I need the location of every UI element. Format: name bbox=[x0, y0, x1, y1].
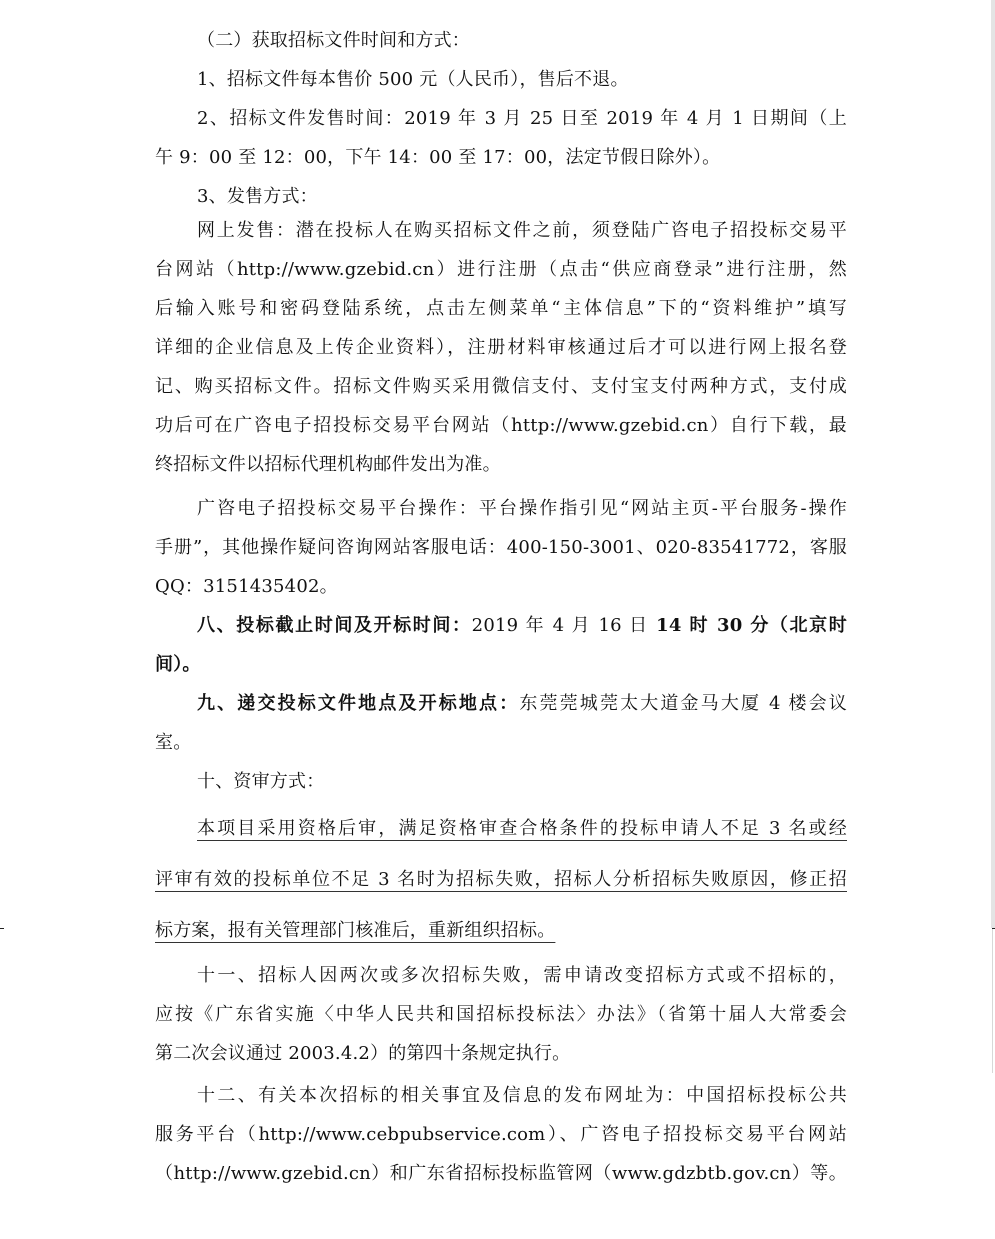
section-9-address-cont: 室。 bbox=[155, 732, 191, 754]
paragraph-online-sale: 终招标文件以招标代理机构邮件发出为准。 bbox=[155, 454, 501, 476]
paragraph-online-sale: 后输入账号和密码登陆系统，点击左侧菜单“主体信息”下的“资料维护”填写 bbox=[155, 298, 847, 320]
section-10-review-text: 标方案，报有关管理部门核准后，重新组织招标。 bbox=[155, 920, 555, 942]
section-8-deadline: 八、投标截止时间及开标时间：2019 年 4 月 16 日 14 时 30 分（… bbox=[197, 615, 847, 637]
paragraph-online-sale: 台网站（http://www.gzebid.cn）进行注册（点击“供应商登录”进… bbox=[155, 259, 847, 281]
paragraph-price: 1、招标文件每本售价 500 元（人民币），售后不退。 bbox=[197, 69, 629, 91]
paragraph-sale-time-cont: 午 9：00 至 12：00，下午 14：00 至 17：00，法定节假日除外）… bbox=[155, 147, 720, 169]
section-8-label: 八、投标截止时间及开标时间： bbox=[197, 615, 472, 636]
section-8-time-cont: 间）。 bbox=[155, 654, 201, 676]
paragraph-sale-method: 3、发售方式： bbox=[197, 186, 318, 208]
section-12-text: 十二、有关本次招标的相关事宜及信息的发布网址为：中国招标投标公共 bbox=[197, 1085, 847, 1107]
paragraph-online-sale: 网上发售：潜在投标人在购买招标文件之前，须登陆广咨电子招投标交易平 bbox=[197, 220, 847, 242]
paragraph-online-sale: 记、购买招标文件。招标文件购买采用微信支付、支付宝支付两种方式，支付成 bbox=[155, 376, 847, 398]
section-heading-obtain: （二）获取招标文件时间和方式： bbox=[197, 30, 470, 52]
page-edge-shadow bbox=[991, 0, 995, 928]
paragraph-platform-operation: QQ：3151435402。 bbox=[155, 576, 338, 598]
paragraph-platform-operation: 广咨电子招投标交易平台操作：平台操作指引见“网站主页-平台服务-操作 bbox=[197, 498, 847, 520]
paragraph-sale-time: 2、招标文件发售时间：2019 年 3 月 25 日至 2019 年 4 月 1… bbox=[197, 108, 847, 130]
section-8-time: 14 时 30 分（北京时 bbox=[656, 615, 847, 636]
section-11-text: 第二次会议通过 2003.4.2）的第四十条规定执行。 bbox=[155, 1043, 570, 1065]
section-10-heading: 十、资审方式： bbox=[197, 771, 324, 793]
section-8-date: 2019 年 4 月 16 日 bbox=[472, 615, 649, 636]
section-9-label: 九、递交投标文件地点及开标地点： bbox=[197, 693, 519, 714]
section-10-review-text: 本项目采用资格后审，满足资格审查合格条件的投标申请人不足 3 名或经 bbox=[197, 818, 847, 840]
section-11-text: 应按《广东省实施〈中华人民共和国招标投标法〉办法》（省第十届人大常委会 bbox=[155, 1004, 847, 1026]
section-10-review-text: 评审有效的投标单位不足 3 名时为招标失败，招标人分析招标失败原因，修正招 bbox=[155, 869, 847, 891]
paragraph-online-sale: 详细的企业信息及上传企业资料），注册材料审核通过后才可以进行网上报名登 bbox=[155, 337, 847, 359]
paragraph-online-sale: 功后可在广咨电子招投标交易平台网站（http://www.gzebid.cn）自… bbox=[155, 415, 847, 437]
section-9-location: 九、递交投标文件地点及开标地点：东莞莞城莞太大道金马大厦 4 楼会议 bbox=[197, 693, 847, 715]
page-edge-line bbox=[992, 928, 993, 1073]
section-12-text: 服务平台（http://www.cebpubservice.com）、广咨电子招… bbox=[155, 1124, 847, 1146]
section-11-text: 十一、招标人因两次或多次招标失败，需申请改变招标方式或不招标的， bbox=[197, 965, 847, 987]
paragraph-platform-operation: 手册”，其他操作疑问咨询网站客服电话：400-150-3001、020-8354… bbox=[155, 537, 847, 559]
section-9-address: 东莞莞城莞太大道金马大厦 4 楼会议 bbox=[519, 693, 847, 714]
section-12-text: （http://www.gzebid.cn）和广东省招标投标监管网（www.gd… bbox=[155, 1163, 847, 1185]
margin-mark-left bbox=[0, 928, 4, 929]
